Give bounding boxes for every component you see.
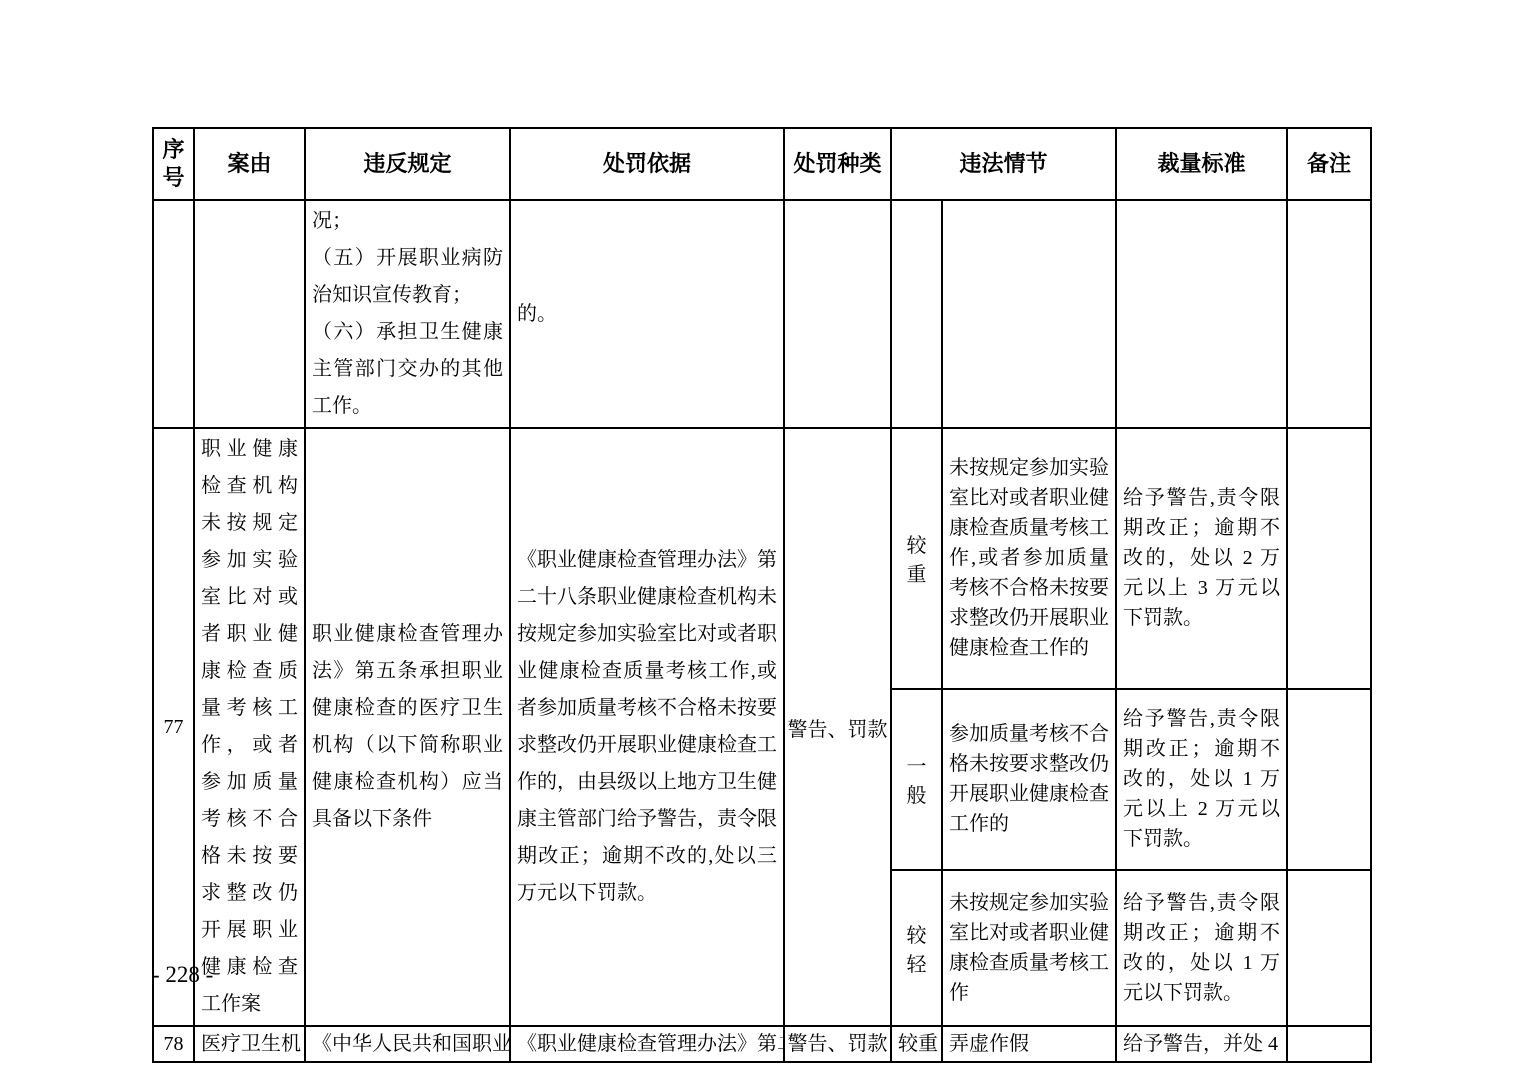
cell-77-sub-0-circumstance: 未按规定参加实验室比对或者职业健康检查质量考核工作,或者参加质量考核不合格未按要… (942, 428, 1116, 689)
cell-77-sub-2-standard: 给予警告,责令限期改正；逾期不改的，处以 1 万元以下罚款。 (1116, 870, 1287, 1026)
cell-77-sub-1-remarks (1287, 689, 1371, 870)
cell-77-sub-0-standard: 给予警告,责令限期改正；逾期不改的，处以 2 万元以上 3 万元以下罚款。 (1116, 428, 1287, 689)
cell-78-index: 78 (153, 1026, 194, 1062)
cell-78-circumstance: 弄虚作假 (942, 1026, 1116, 1062)
col-header-illegal-circumstances: 违法情节 (891, 128, 1116, 200)
cell-77-sub-1-standard: 给予警告,责令限期改正；逾期不改的，处以 1 万元以上 2 万元以下罚款。 (1116, 689, 1287, 870)
cell-cont-remarks (1287, 200, 1371, 428)
cell-78-cause: 医疗卫生机 (194, 1026, 305, 1062)
cell-77-sub-1-severity: 一般 (891, 689, 942, 870)
cell-cont-circumstance (942, 200, 1116, 428)
penalty-discretion-table: 序号 案由 违反规定 处罚依据 处罚种类 违法情节 裁量标准 备注 况； （五）… (152, 127, 1372, 1063)
table-header-row: 序号 案由 违反规定 处罚依据 处罚种类 违法情节 裁量标准 备注 (153, 128, 1371, 200)
col-header-violation: 违反规定 (305, 128, 510, 200)
cell-77-sub-2-circumstance: 未按规定参加实验室比对或者职业健康检查质量考核工作 (942, 870, 1116, 1026)
cell-77-index: 77 (153, 428, 194, 1026)
cell-cont-standard (1116, 200, 1287, 428)
cell-77-penalty-basis: 《职业健康检查管理办法》第二十八条职业健康检查机构未按规定参加实验室比对或者职业… (510, 428, 784, 1026)
cell-77-penalty-type: 警告、罚款 (784, 428, 891, 1026)
cell-78-standard: 给予警告，并处 4 (1116, 1026, 1287, 1062)
cell-77-sub-2-severity: 较轻 (891, 870, 942, 1026)
document-page: 序号 案由 违反规定 处罚依据 处罚种类 违法情节 裁量标准 备注 况； （五）… (0, 0, 1520, 1074)
col-header-penalty-type: 处罚种类 (784, 128, 891, 200)
cell-77-violation: 职业健康检查管理办法》第五条承担职业健康检查的医疗卫生机构（以下简称职业健康检查… (305, 428, 510, 1026)
row-78: 78 医疗卫生机 《中华人民共和国职业 《职业健康检查管理办法》第二 警告、罚款… (153, 1026, 1371, 1062)
cell-77-sub-0-remarks (1287, 428, 1371, 689)
cell-cont-penalty-basis: 的。 (510, 200, 784, 428)
cell-cont-penalty-type (784, 200, 891, 428)
cell-cont-violation: 况； （五）开展职业病防治知识宣传教育； （六）承担卫生健康主管部门交办的其他工… (305, 200, 510, 428)
cell-cont-cause (194, 200, 305, 428)
cell-78-penalty-basis: 《职业健康检查管理办法》第二 (510, 1026, 784, 1062)
cell-cont-index (153, 200, 194, 428)
cell-77-cause: 职业健康检查机构未按规定参加实验室比对或者职业健康检查质量考核工作，或者参加质量… (194, 428, 305, 1026)
page-number: - 228 - (152, 962, 213, 988)
row-77-sub-1: 77 职业健康检查机构未按规定参加实验室比对或者职业健康检查质量考核工作，或者参… (153, 428, 1371, 689)
col-header-discretion-standard: 裁量标准 (1116, 128, 1287, 200)
cell-78-severity: 较重 (891, 1026, 942, 1062)
cell-cont-severity (891, 200, 942, 428)
col-header-index: 序号 (153, 128, 194, 200)
cell-78-violation: 《中华人民共和国职业 (305, 1026, 510, 1062)
continuation-row: 况； （五）开展职业病防治知识宣传教育； （六）承担卫生健康主管部门交办的其他工… (153, 200, 1371, 428)
cell-78-penalty-type: 警告、罚款 (784, 1026, 891, 1062)
cell-77-sub-1-circumstance: 参加质量考核不合格未按要求整改仍开展职业健康检查工作的 (942, 689, 1116, 870)
col-header-cause: 案由 (194, 128, 305, 200)
cell-77-sub-0-severity: 较重 (891, 428, 942, 689)
cell-77-sub-2-remarks (1287, 870, 1371, 1026)
cell-78-remarks (1287, 1026, 1371, 1062)
col-header-penalty-basis: 处罚依据 (510, 128, 784, 200)
col-header-remarks: 备注 (1287, 128, 1371, 200)
